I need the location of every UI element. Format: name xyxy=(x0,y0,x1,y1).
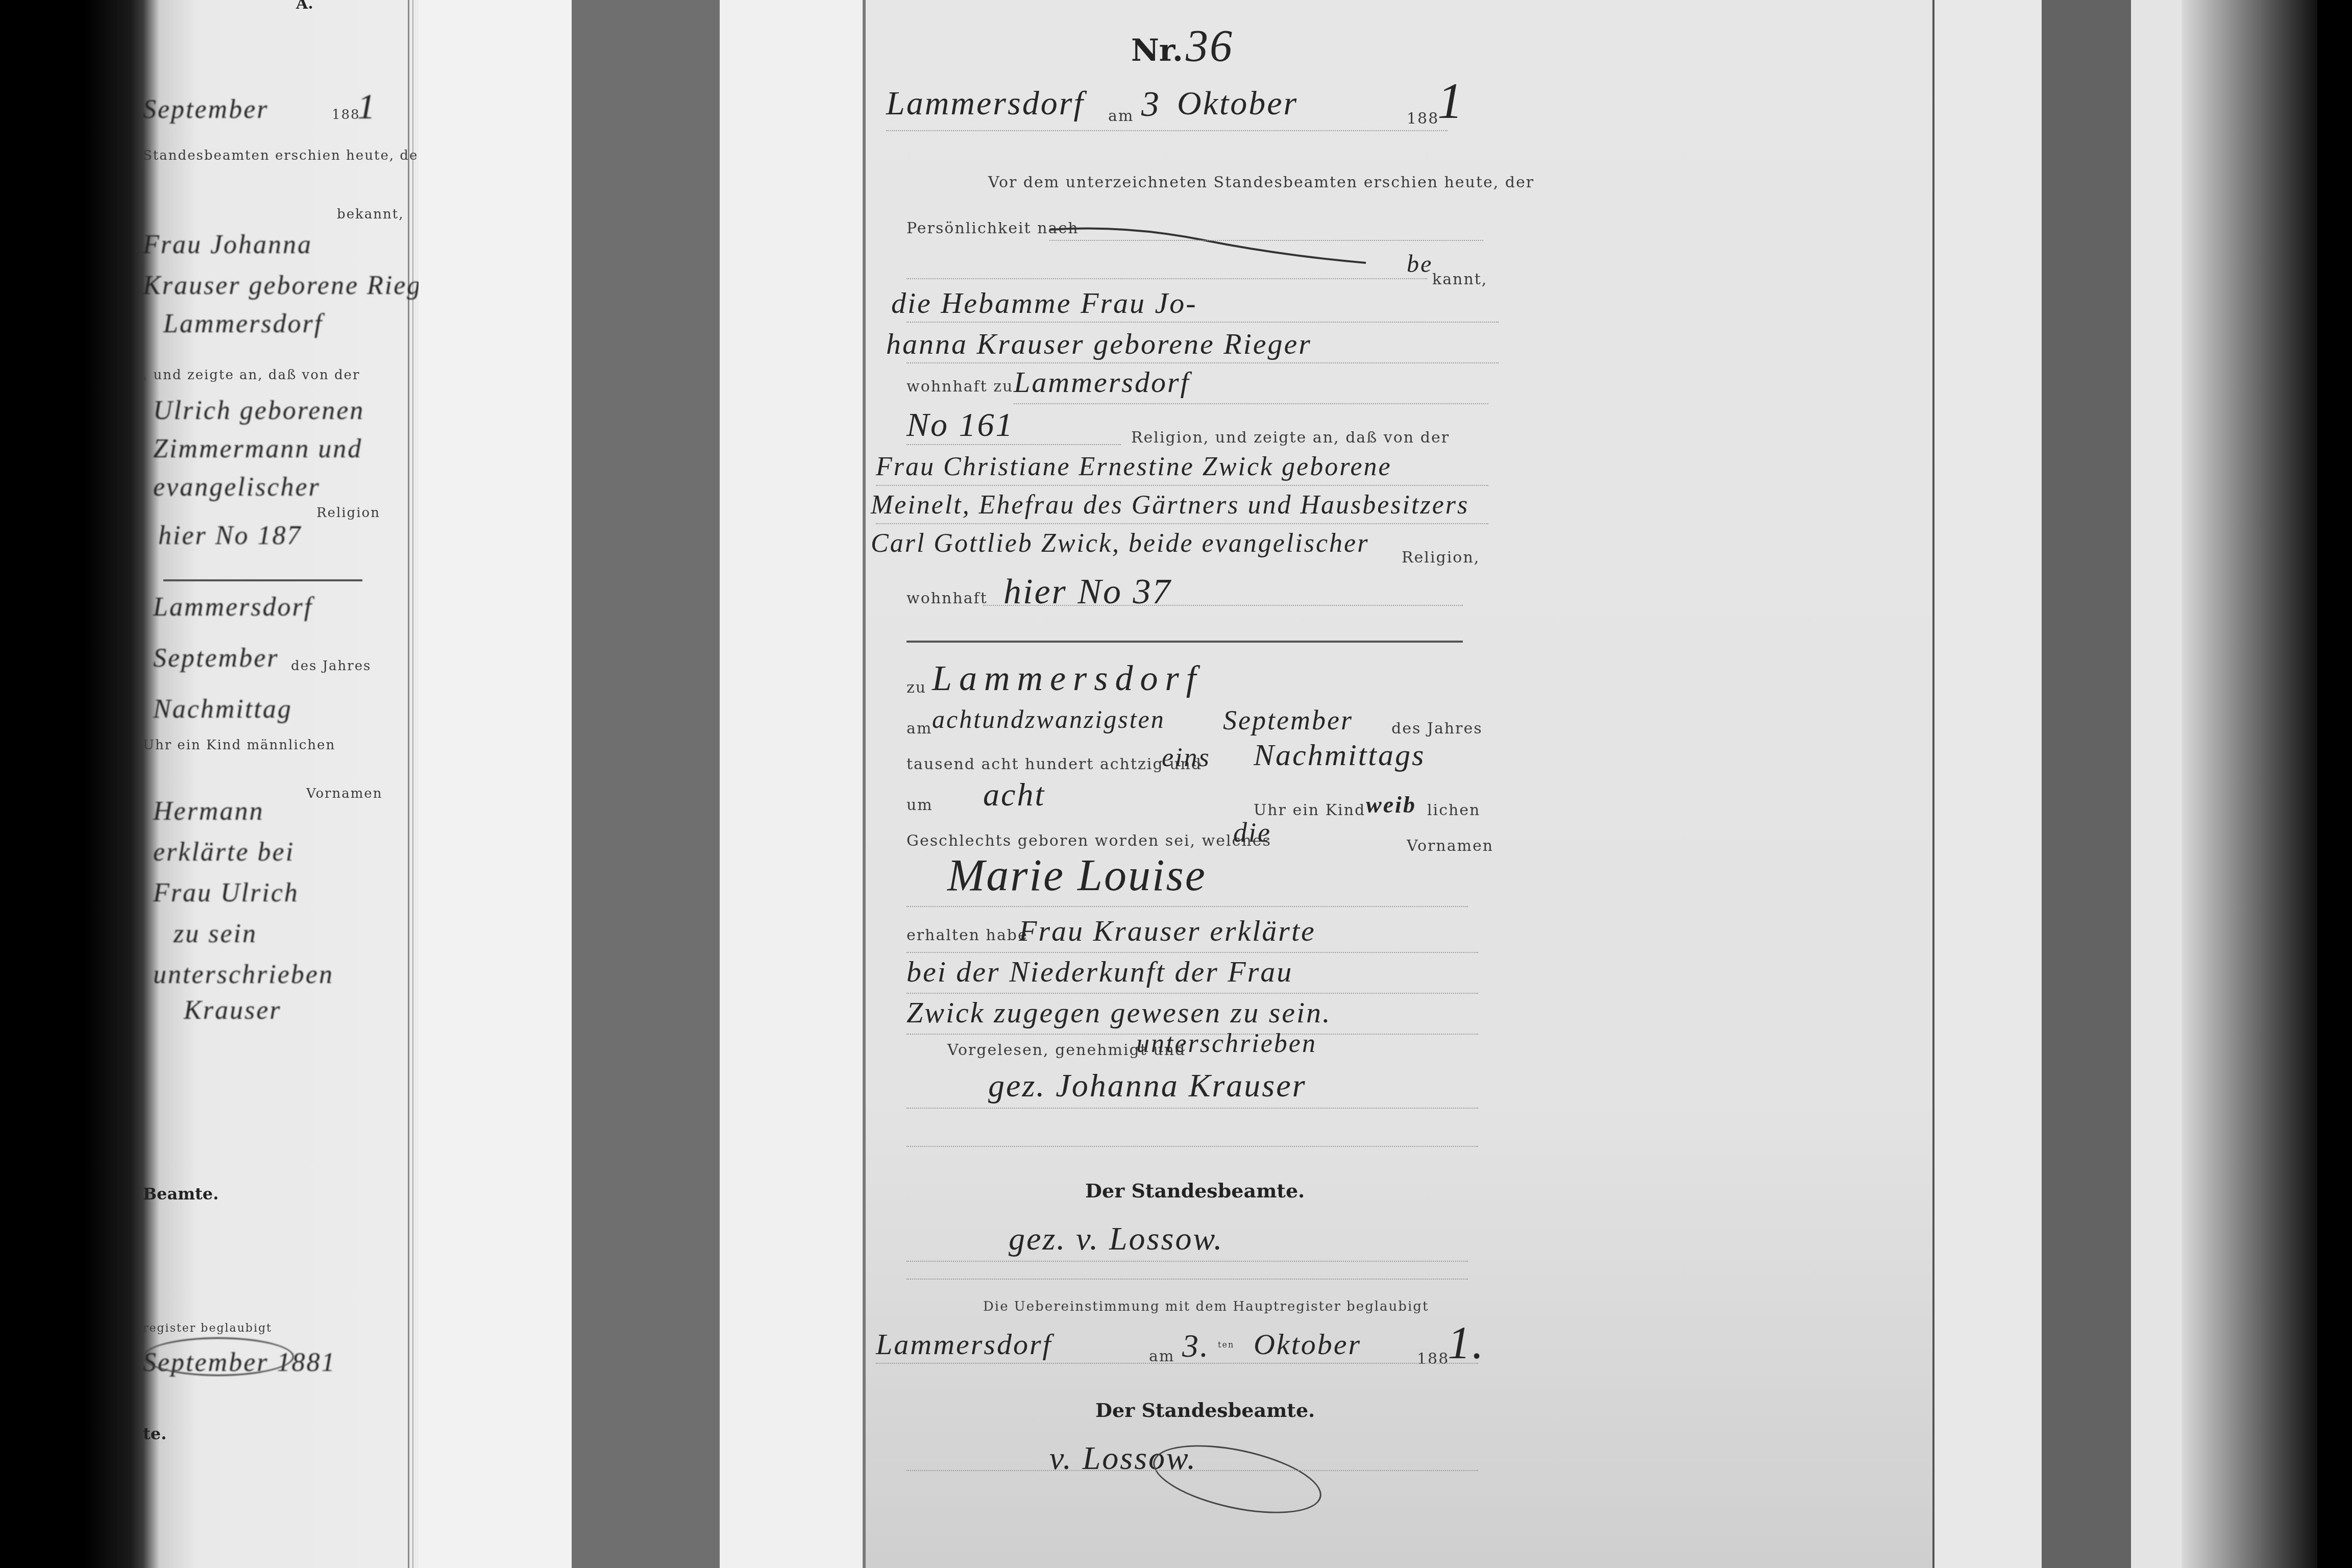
am-label: am xyxy=(906,720,932,738)
left-printed-vornamen: Vornamen xyxy=(306,786,383,801)
dotted-line xyxy=(906,362,1499,363)
birth-record-page: Nr. 36 Lammersdorf am 3 Oktober 188 1 Vo… xyxy=(863,0,1934,1568)
dotted-line xyxy=(983,605,1463,606)
left-hand-line: Frau Johanna xyxy=(143,230,312,260)
informant-line-1: die Hebamme Frau Jo- xyxy=(891,286,1197,320)
dotted-line xyxy=(906,1108,1478,1109)
page-edge-rule xyxy=(408,0,413,1568)
film-border-right xyxy=(2317,0,2352,1568)
record-number: Nr. 36 xyxy=(1131,20,1234,72)
standesbeamte-heading: Der Standesbeamte. xyxy=(1085,1179,1305,1202)
informant-house-number: No 161 xyxy=(906,406,1014,445)
section-divider xyxy=(906,641,1463,643)
dotted-line xyxy=(1014,403,1488,404)
left-hand-line: Hermann xyxy=(153,796,264,826)
record-year-prefix: 188 xyxy=(1407,110,1439,128)
mother-line-2: Meinelt, Ehefrau des Gärtners und Hausbe… xyxy=(871,490,1469,520)
record-am-label: am xyxy=(1108,107,1134,125)
record-place: Lammersdorf xyxy=(886,84,1085,123)
left-hand-line: erklärte bei xyxy=(153,837,295,867)
mother-line-3: Carl Gottlieb Zwick, beide evangelischer xyxy=(871,528,1369,558)
left-hand-line: Nachmittag xyxy=(153,694,292,724)
record-day: 3 xyxy=(1141,84,1161,125)
year-printed: tausend acht hundert achtzig und xyxy=(906,755,1202,773)
record-month: Oktober xyxy=(1177,84,1298,123)
left-hand-line: unterschrieben xyxy=(153,960,334,990)
zu-label: zu xyxy=(906,679,926,697)
strike-through-line xyxy=(1049,219,1432,271)
religion-zeigte-label: Religion, und zeigte an, daß von der xyxy=(1131,429,1450,447)
informant-line-2: hanna Krauser geborene Rieger xyxy=(886,327,1312,361)
left-printed-zeigte: , und zeigte an, daß von der xyxy=(143,367,360,383)
religion-label: Religion, xyxy=(1402,549,1480,567)
dotted-line xyxy=(876,1363,1478,1364)
certification-year-prefix: 188 xyxy=(1417,1350,1449,1368)
film-filler-bar xyxy=(572,0,720,1568)
informant-signature: gez. Johanna Krauser xyxy=(988,1067,1307,1105)
dotted-line xyxy=(906,952,1478,953)
birth-hour: acht xyxy=(983,776,1045,814)
left-hand-line: Krauser xyxy=(184,995,281,1025)
sex-suffix: lichen xyxy=(1427,801,1480,819)
left-hand-line: hier No 187 xyxy=(158,521,302,551)
birth-place: Lammersdorf xyxy=(932,658,1203,699)
left-section-divider xyxy=(163,579,362,581)
wohnhaft-label: wohnhaft xyxy=(906,590,988,607)
left-printed-kind: Uhr ein Kind männlichen xyxy=(143,738,335,753)
welches-handwritten: die xyxy=(1233,817,1271,848)
certification-year-suffix: 1. xyxy=(1448,1317,1485,1369)
certification-day: 3. xyxy=(1182,1327,1210,1365)
certification-text: Die Uebereinstimmung mit dem Hauptregist… xyxy=(983,1299,1429,1314)
geschlechts-label: Geschlechts geboren worden sei, welches xyxy=(906,832,1271,850)
corner-mark: A. xyxy=(296,0,313,13)
um-label: um xyxy=(906,796,933,814)
dotted-line xyxy=(906,444,1121,445)
left-hand-line: Krauser geborene Rieger xyxy=(143,271,447,301)
year-handwritten: eins xyxy=(1162,743,1211,773)
vornamen-label: Vornamen xyxy=(1407,837,1493,855)
remark-line-1: Frau Krauser erklärte xyxy=(1019,914,1316,948)
dotted-line xyxy=(876,485,1488,486)
wohnhaft-zu-label: wohnhaft zu xyxy=(906,378,1013,396)
left-printed-bekannt: bekannt, xyxy=(337,207,404,222)
bekannt-suffix: kannt, xyxy=(1432,271,1487,288)
left-year-suffix: 1 xyxy=(357,87,377,128)
record-year-suffix: 1 xyxy=(1437,71,1464,130)
left-printed-te: te. xyxy=(143,1424,166,1443)
vorgelesen-handwritten: unterschrieben xyxy=(1136,1028,1317,1059)
child-sex: weib xyxy=(1366,791,1416,818)
left-hand-line: Zimmermann und xyxy=(153,434,362,464)
des-jahres-label: des Jahres xyxy=(1391,720,1483,738)
birth-day: achtundzwanzigsten xyxy=(932,704,1165,734)
mother-line-1: Frau Christiane Ernestine Zwick geborene xyxy=(876,452,1392,482)
film-gap xyxy=(2131,0,2182,1568)
remark-line-3: Zwick zugegen gewesen zu sein. xyxy=(906,995,1332,1030)
certification-day-suffix: ten xyxy=(1218,1340,1234,1350)
certification-month: Oktober xyxy=(1254,1327,1361,1361)
certification-place: Lammersdorf xyxy=(876,1327,1052,1361)
left-printed-beamte: Beamte. xyxy=(143,1184,218,1204)
left-printed-beglaubigt: register beglaubigt xyxy=(143,1322,272,1335)
dotted-line xyxy=(906,278,1427,279)
intro-text: Vor dem unterzeichneten Standesbeamten e… xyxy=(988,174,1534,191)
left-hand-line: September xyxy=(153,643,279,673)
left-hand-line: evangelischer xyxy=(153,472,321,502)
dotted-line xyxy=(906,906,1468,907)
left-printed-religion: Religion xyxy=(316,505,380,521)
left-hand-line: zu sein xyxy=(174,919,257,949)
time-of-day: Nachmittags xyxy=(1254,738,1425,773)
child-given-names: Marie Louise xyxy=(947,850,1207,901)
dotted-line xyxy=(906,1146,1478,1147)
left-date-month: September xyxy=(143,94,268,125)
bekannt-prefix: be xyxy=(1407,250,1433,278)
dotted-line xyxy=(906,1470,1478,1471)
left-signature-flourish xyxy=(143,1337,294,1376)
dotted-line xyxy=(906,1279,1468,1280)
left-printed-jahres: des Jahres xyxy=(291,658,371,674)
film-gap xyxy=(419,0,572,1568)
left-printed-intro: Standesbeamten erschien heute, der xyxy=(143,148,426,163)
film-border-left xyxy=(0,0,153,1568)
birth-month: September xyxy=(1223,704,1353,736)
remark-line-2: bei der Niederkunft der Frau xyxy=(906,954,1293,989)
left-hand-line: Lammersdorf xyxy=(153,592,313,622)
parents-residence: hier No 37 xyxy=(1003,572,1171,612)
dotted-line xyxy=(886,130,1448,131)
film-gap xyxy=(720,0,863,1568)
record-number-label: Nr. xyxy=(1131,33,1183,68)
dotted-line xyxy=(906,322,1499,323)
official-signature: gez. v. Lossow. xyxy=(1009,1220,1223,1258)
film-gap xyxy=(1934,0,2042,1568)
film-filler-bar xyxy=(2042,0,2131,1568)
left-year-prefix: 188 xyxy=(332,107,360,122)
erhalten-label: erhalten habe xyxy=(906,926,1028,944)
left-hand-line: Lammersdorf xyxy=(163,309,323,339)
standesbeamte-heading-2: Der Standesbeamte. xyxy=(1095,1399,1315,1422)
informant-residence: Lammersdorf xyxy=(1014,365,1190,399)
left-hand-line: Ulrich geborenen xyxy=(153,396,364,426)
left-page-previous-record: A. September 188 1 Standesbeamten erschi… xyxy=(143,0,419,1568)
film-shadow-right xyxy=(2182,0,2317,1568)
dotted-line xyxy=(906,1261,1468,1262)
dotted-line xyxy=(876,523,1488,524)
dotted-line xyxy=(1049,240,1483,241)
left-hand-line: Frau Ulrich xyxy=(153,878,299,908)
record-number-value: 36 xyxy=(1186,21,1234,71)
dotted-line xyxy=(906,993,1478,994)
